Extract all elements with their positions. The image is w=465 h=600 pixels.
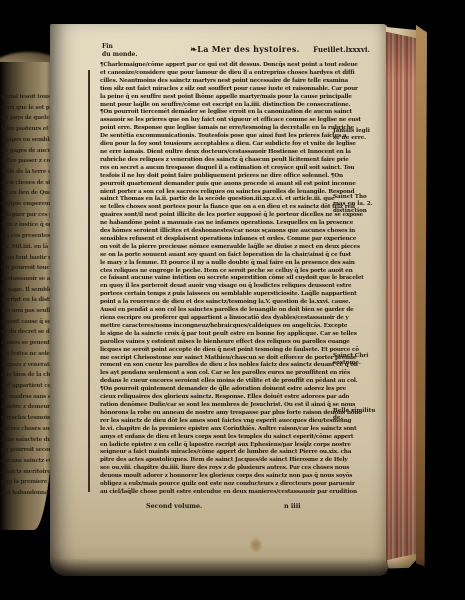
text-line: ration denōmee Dulie/car se sont les mem…	[100, 402, 329, 410]
text-fragment-line: ong la premiere question de l	[1, 477, 54, 488]
text-line: la peine q̄ en seuffre nest point lhōme …	[100, 94, 329, 102]
text-line: hōnorons la robe ou anneau de nostre amy…	[100, 410, 329, 418]
text-fragment-line: naistre z demeurer a faire	[1, 402, 54, 413]
text-fragment-line: sons tout bastir mon qui	[1, 253, 54, 264]
body-text-block: ¶Charlemaigne/cōme appert par ce qui est…	[100, 62, 329, 497]
margin-rule	[88, 70, 90, 492]
margin-note-saint-chrysostome: Sainct Chri sostome.	[333, 353, 385, 367]
text-line: sainct Thomas en la.ii. partie de la sec…	[100, 196, 329, 204]
text-line: amys et enfans de dieu et leurs corps so…	[100, 434, 329, 442]
text-fragment-line: acques z veneration des sain	[1, 360, 54, 371]
text-line: seigneur a faict maints miracles/cōme ap…	[100, 449, 329, 457]
text-line: nient porter a son col les sacrees reliq…	[100, 189, 329, 197]
text-line: au ciel/laq̄lle chose peult estre entend…	[100, 489, 329, 497]
left-page-text-fragments: perial fesoit tous ceste liurceux que le…	[1, 92, 54, 502]
text-line: res en secret a aucun trespasse duquel i…	[100, 165, 329, 173]
text-line: riens escripre ou proferer qui appartien…	[100, 315, 329, 323]
text-line: ¶Charlemaigne/cōme appert par ce qui est…	[100, 62, 329, 70]
text-fragment-line: les festes ne solennisees pour	[1, 349, 54, 360]
book-page: Fin du monde. ❧La Mer des hystoires. Fue…	[50, 24, 388, 576]
text-line: tion silz ont faict miracles z silz ont …	[100, 86, 329, 94]
text-line: pourroit quartement demander puis que au…	[100, 181, 329, 189]
text-line: le signe de la saincte croix q̄ par tout…	[100, 331, 329, 339]
left-facing-page: perial fesoit tous ceste liurceux que le…	[0, 62, 56, 530]
text-line: cilles. Neantmoins des sainctz martyrs n…	[100, 78, 329, 86]
text-line: sensibles refusent et desplaisent operat…	[100, 236, 329, 244]
text-line: see ou.viii. chapitre du.iiii. liure des…	[100, 465, 329, 473]
text-line: se telles choses sont portees pour la fi…	[100, 204, 329, 212]
text-fragment-line: artie de la terre de bille bo	[1, 167, 54, 178]
text-line: point a la reuerence de dieu et des sain…	[100, 299, 329, 307]
page-stain	[250, 538, 262, 552]
text-line: on voit de la pierre precieuse nōmee esm…	[100, 244, 329, 252]
text-fragment-line: faire pasteurs et aucuns suffr	[1, 124, 54, 135]
text-fragment-line: en gages de aucun cheualier	[1, 146, 54, 157]
text-line: ¶On pourroit tiercemēt demāder se leglis…	[100, 109, 329, 117]
volume-label: Second volume.	[146, 502, 256, 510]
folio-number: Fueillet.lxxxvi.	[288, 45, 370, 54]
book-fore-edge	[386, 27, 418, 570]
text-line: De sentētia excommunicationis. Toutesfoi…	[100, 133, 329, 141]
margin-note-belle-similitude: Belle similitu de.	[333, 408, 385, 422]
text-fragment-line: le pape. Il semble que on	[1, 285, 54, 296]
text-line: tesfois il ne luy doit point faire publi…	[100, 173, 329, 181]
text-line: ment pour laq̄lle on seuffre/cōme est es…	[100, 102, 329, 110]
text-line: licques ne seroit point accepte de dieu …	[100, 347, 329, 355]
text-fragment-line: escript en la distinction del	[1, 295, 54, 306]
text-fragment-line: miracles tesmoing la pre	[1, 413, 54, 424]
text-line: ne erre iamais. Dient oultre deux docteu…	[100, 149, 329, 157]
running-margin-note: Fin du monde.	[102, 43, 148, 58]
text-fragment-line: on pourroit secondemēt	[1, 445, 54, 456]
text-fragment-line: ement cause q̄ sont belles	[1, 317, 54, 328]
text-fragment-line: perial fesoit tous ceste liur	[1, 92, 54, 103]
text-fragment-line: alleguer par ces presentes	[1, 210, 54, 221]
text-line: ctes reliques ne engrege le peche. Item …	[100, 268, 329, 276]
text-fragment-line: re vendras sans semences	[1, 392, 54, 403]
text-line: le mary z la femme. Et pource il ny a nu…	[100, 260, 329, 268]
text-fragment-line: du pays de quelcōque lieu	[1, 113, 54, 124]
text-line: les ayt pendans seulement a son col. Car…	[100, 370, 329, 378]
text-fragment-line: us en lieu de Quatre sainct	[1, 188, 54, 199]
page-title: La Mer des hystoires.	[197, 44, 299, 54]
text-line: quaires sont/il nest point illicite de l…	[100, 212, 329, 220]
text-line: rubriche des reliques z veneration des s…	[100, 157, 329, 165]
text-fragment-line: cestassauoir se aucun se pourr	[1, 274, 54, 285]
text-line: ¶On pourroit quintement demander de q̄ll…	[100, 386, 329, 394]
text-line: cieux reliquaires des glorieux sainctz. …	[100, 394, 329, 402]
text-fragment-line: ceux que le sot pape Jean fu	[1, 103, 54, 114]
text-fragment-line: tion z iustice q̄ on pourra	[1, 220, 54, 231]
text-line: dieu pour la foy sont tousiours acceptab…	[100, 141, 329, 149]
text-fragment-line: mis bien de la chasse a sainct	[1, 370, 54, 381]
text-line: me escript Chrisostome sur sainct Mathie…	[100, 355, 329, 363]
text-line: parolles vaines y estoient mises le bien…	[100, 339, 329, 347]
text-fragment-line: unique empereur carol	[1, 199, 54, 210]
text-line: dedans le cueur encores seroient elles m…	[100, 378, 329, 386]
text-fragment-line: On pourroit touchāt la can	[1, 263, 54, 274]
text-line: se on la porte souuent auant soy quant o…	[100, 252, 329, 260]
book-cover-edge	[416, 25, 427, 572]
text-fragment-line: an. Mil.iiii. en lā de nostre	[1, 242, 54, 253]
text-fragment-line: sans sainctete du sainct si	[1, 435, 54, 446]
text-line: des hōmes seroient illicites et deshonne…	[100, 228, 329, 236]
text-line: et canonize/considere que pour lamour de…	[100, 70, 329, 78]
text-line: rer les sainctz de dieu dōt les ames son…	[100, 418, 329, 426]
text-fragment-line: re du decret se doit entendr	[1, 327, 54, 338]
text-line: assauoir se les prieres que on luy faict…	[100, 117, 329, 125]
text-line: Aussi en pendāt a son col les sainctes p…	[100, 307, 329, 315]
text-line: ne habandōne point a mauuais cas ne infa…	[100, 220, 329, 228]
text-line: point erre. Response que leglise iamais …	[100, 125, 329, 133]
text-line: deuons moult adorer z honnorer les glori…	[100, 473, 329, 481]
text-line: obligez a eulx/mais pource quilz ont est…	[100, 481, 329, 489]
text-line: pitre des actes apostolicques. Item de s…	[100, 457, 329, 465]
text-fragment-line: ent habandonnant vouers	[1, 488, 54, 499]
signature-mark: n iiii	[284, 502, 334, 510]
text-fragment-line: ses non pas seullement les s	[1, 306, 54, 317]
text-line: le.vi. chapitre de la premiere epistre a…	[100, 426, 329, 434]
text-line: ce faisant aucune vaine intētion ou secr…	[100, 275, 329, 283]
text-line: en quoy il les porteroit deust auoir vng…	[100, 283, 329, 291]
text-line: rement en son cueur les parolles de dieu…	[100, 362, 329, 370]
text-fragment-line: agages en semblables consist	[1, 135, 54, 146]
book-photo: perial fesoit tous ceste liurceux que le…	[0, 0, 465, 600]
text-fragment-line: autre passer z consolateur	[1, 156, 54, 167]
text-fragment-line: z faictz meritoires cōme il	[1, 467, 54, 478]
text-fragment-line: nōmes se peuent festes cele	[1, 338, 54, 349]
margin-note-church-never-errs: Jamais legli se ne erre.	[333, 128, 385, 142]
text-fragment-line: ent appartient considerer q	[1, 381, 54, 392]
text-line: en ladicte epistre z en celle q̄ lapostr…	[100, 442, 329, 450]
text-fragment-line: autres choses aucunes relig	[1, 424, 54, 435]
text-line: mettre caracteres/noms incongneuz/hebrai…	[100, 323, 329, 331]
text-fragment-line: aucuns sainctz et pour	[1, 456, 54, 467]
text-line: portees certain temps z puis laissees ou…	[100, 291, 329, 299]
text-fragment-line: y a ces presentes. Dōne a R	[1, 231, 54, 242]
text-fragment-line: dieu choses de si grande cho	[1, 178, 54, 189]
margin-note-saint-thomas: Sainct Tho mas en la. 2. distinction	[333, 194, 385, 216]
